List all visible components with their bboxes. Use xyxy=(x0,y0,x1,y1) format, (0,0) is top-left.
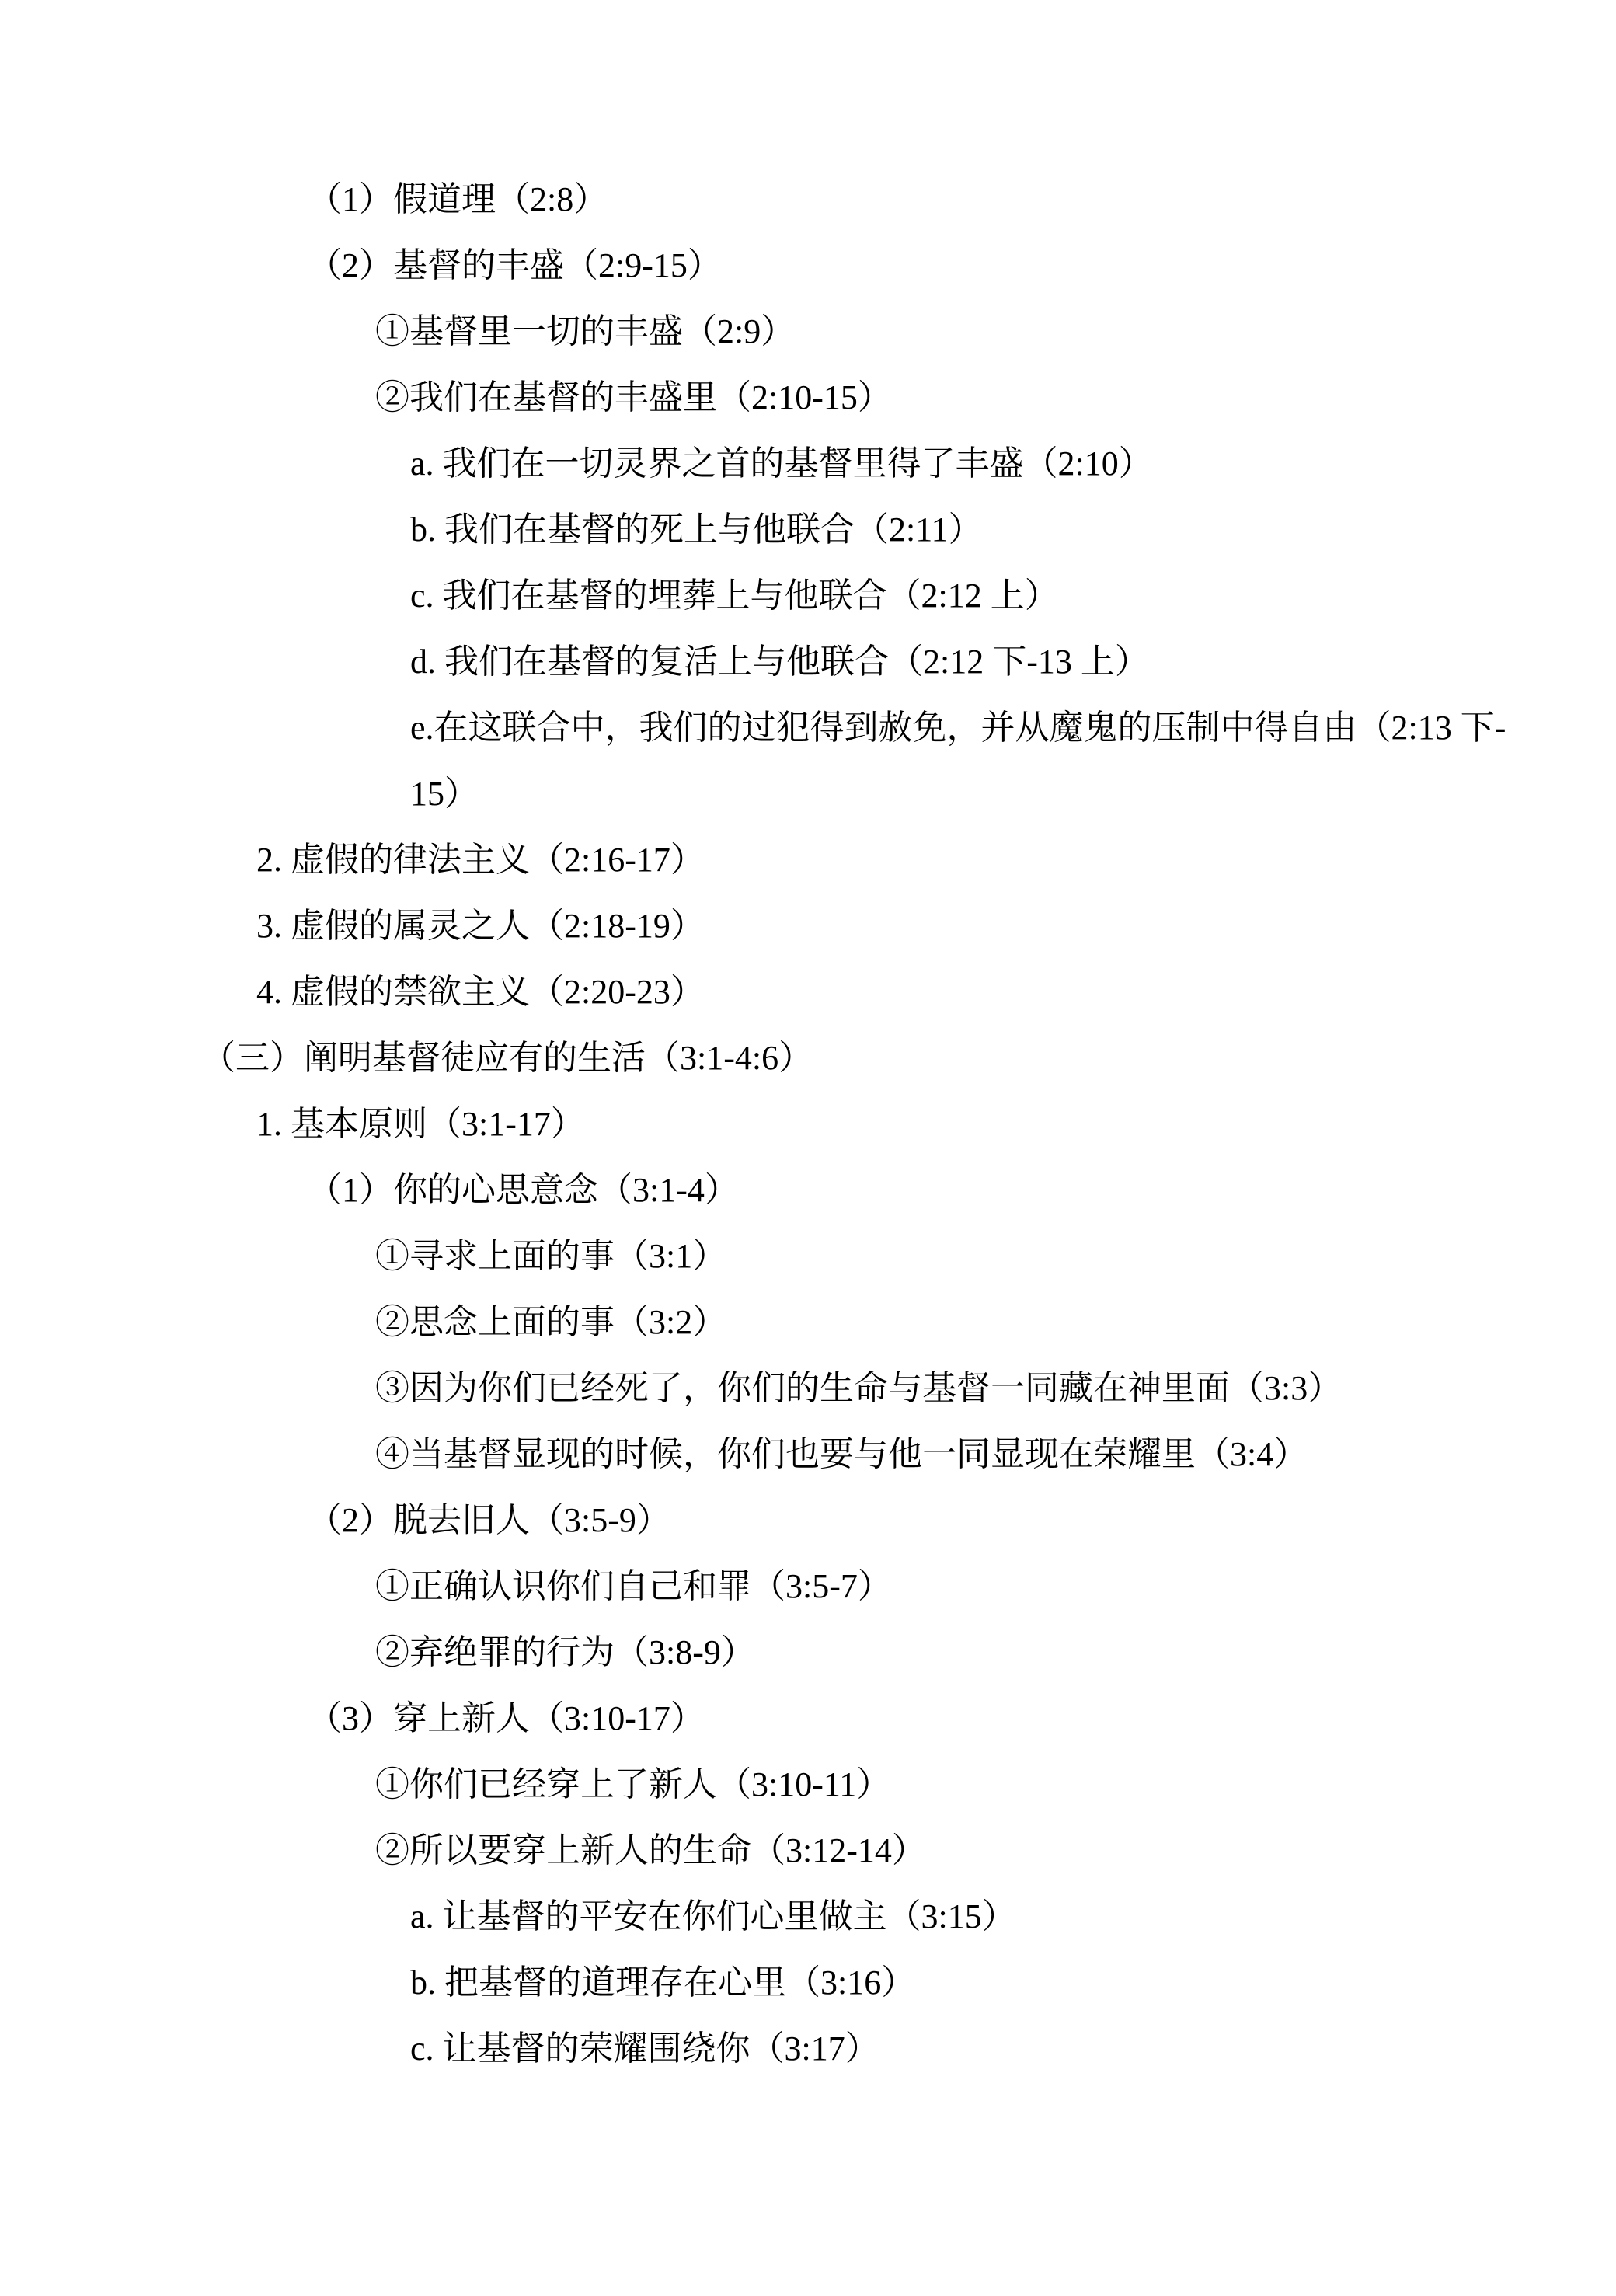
document-page: （1）假道理（2:8） （2）基督的丰盛（2:9-15） ①基督里一切的丰盛（2… xyxy=(0,0,1616,2296)
outline-line: 2. 虚假的律法主义（2:16-17） xyxy=(0,827,1616,893)
outline-line: ①正确认识你们自己和罪（3:5-7） xyxy=(0,1553,1616,1619)
outline-line: ②思念上面的事（3:2） xyxy=(0,1289,1616,1355)
outline-line: （2）基督的丰盛（2:9-15） xyxy=(0,232,1616,298)
outline-line: 3. 虚假的属灵之人（2:18-19） xyxy=(0,893,1616,959)
outline-content: （1）假道理（2:8） （2）基督的丰盛（2:9-15） ①基督里一切的丰盛（2… xyxy=(0,166,1616,2082)
outline-line: ②我们在基督的丰盛里（2:10-15） xyxy=(0,364,1616,430)
outline-line: 1. 基本原则（3:1-17） xyxy=(0,1091,1616,1157)
outline-line: 15） xyxy=(0,761,1616,827)
outline-line: ①寻求上面的事（3:1） xyxy=(0,1223,1616,1289)
outline-line: c. 让基督的荣耀围绕你（3:17） xyxy=(0,2016,1616,2082)
outline-line: ④当基督显现的时候，你们也要与他一同显现在荣耀里（3:4） xyxy=(0,1421,1616,1487)
outline-line: b. 我们在基督的死上与他联合（2:11） xyxy=(0,496,1616,563)
outline-line: b. 把基督的道理存在心里（3:16） xyxy=(0,1949,1616,2016)
outline-line: （1）你的心思意念（3:1-4） xyxy=(0,1157,1616,1223)
outline-line: a. 让基督的平安在你们心里做主（3:15） xyxy=(0,1883,1616,1949)
outline-line: （三）阐明基督徒应有的生活（3:1-4:6） xyxy=(0,1025,1616,1091)
outline-line: a. 我们在一切灵界之首的基督里得了丰盛（2:10） xyxy=(0,430,1616,496)
outline-line: ①你们已经穿上了新人（3:10-11） xyxy=(0,1751,1616,1817)
outline-line: 4. 虚假的禁欲主义（2:20-23） xyxy=(0,959,1616,1025)
outline-line: ②弃绝罪的行为（3:8-9） xyxy=(0,1619,1616,1685)
outline-line: ③因为你们已经死了，你们的生命与基督一同藏在神里面（3:3） xyxy=(0,1355,1616,1421)
outline-line: c. 我们在基督的埋葬上与他联合（2:12 上） xyxy=(0,563,1616,629)
outline-line: d. 我们在基督的复活上与他联合（2:12 下-13 上） xyxy=(0,629,1616,695)
outline-line: （1）假道理（2:8） xyxy=(0,166,1616,232)
outline-line: e.在这联合中，我们的过犯得到赦免，并从魔鬼的压制中得自由（2:13 下- xyxy=(0,695,1506,761)
outline-line: （3）穿上新人（3:10-17） xyxy=(0,1685,1616,1751)
outline-line: （2）脱去旧人（3:5-9） xyxy=(0,1487,1616,1553)
outline-line: ①基督里一切的丰盛（2:9） xyxy=(0,298,1616,364)
outline-line: ②所以要穿上新人的生命（3:12-14） xyxy=(0,1817,1616,1883)
